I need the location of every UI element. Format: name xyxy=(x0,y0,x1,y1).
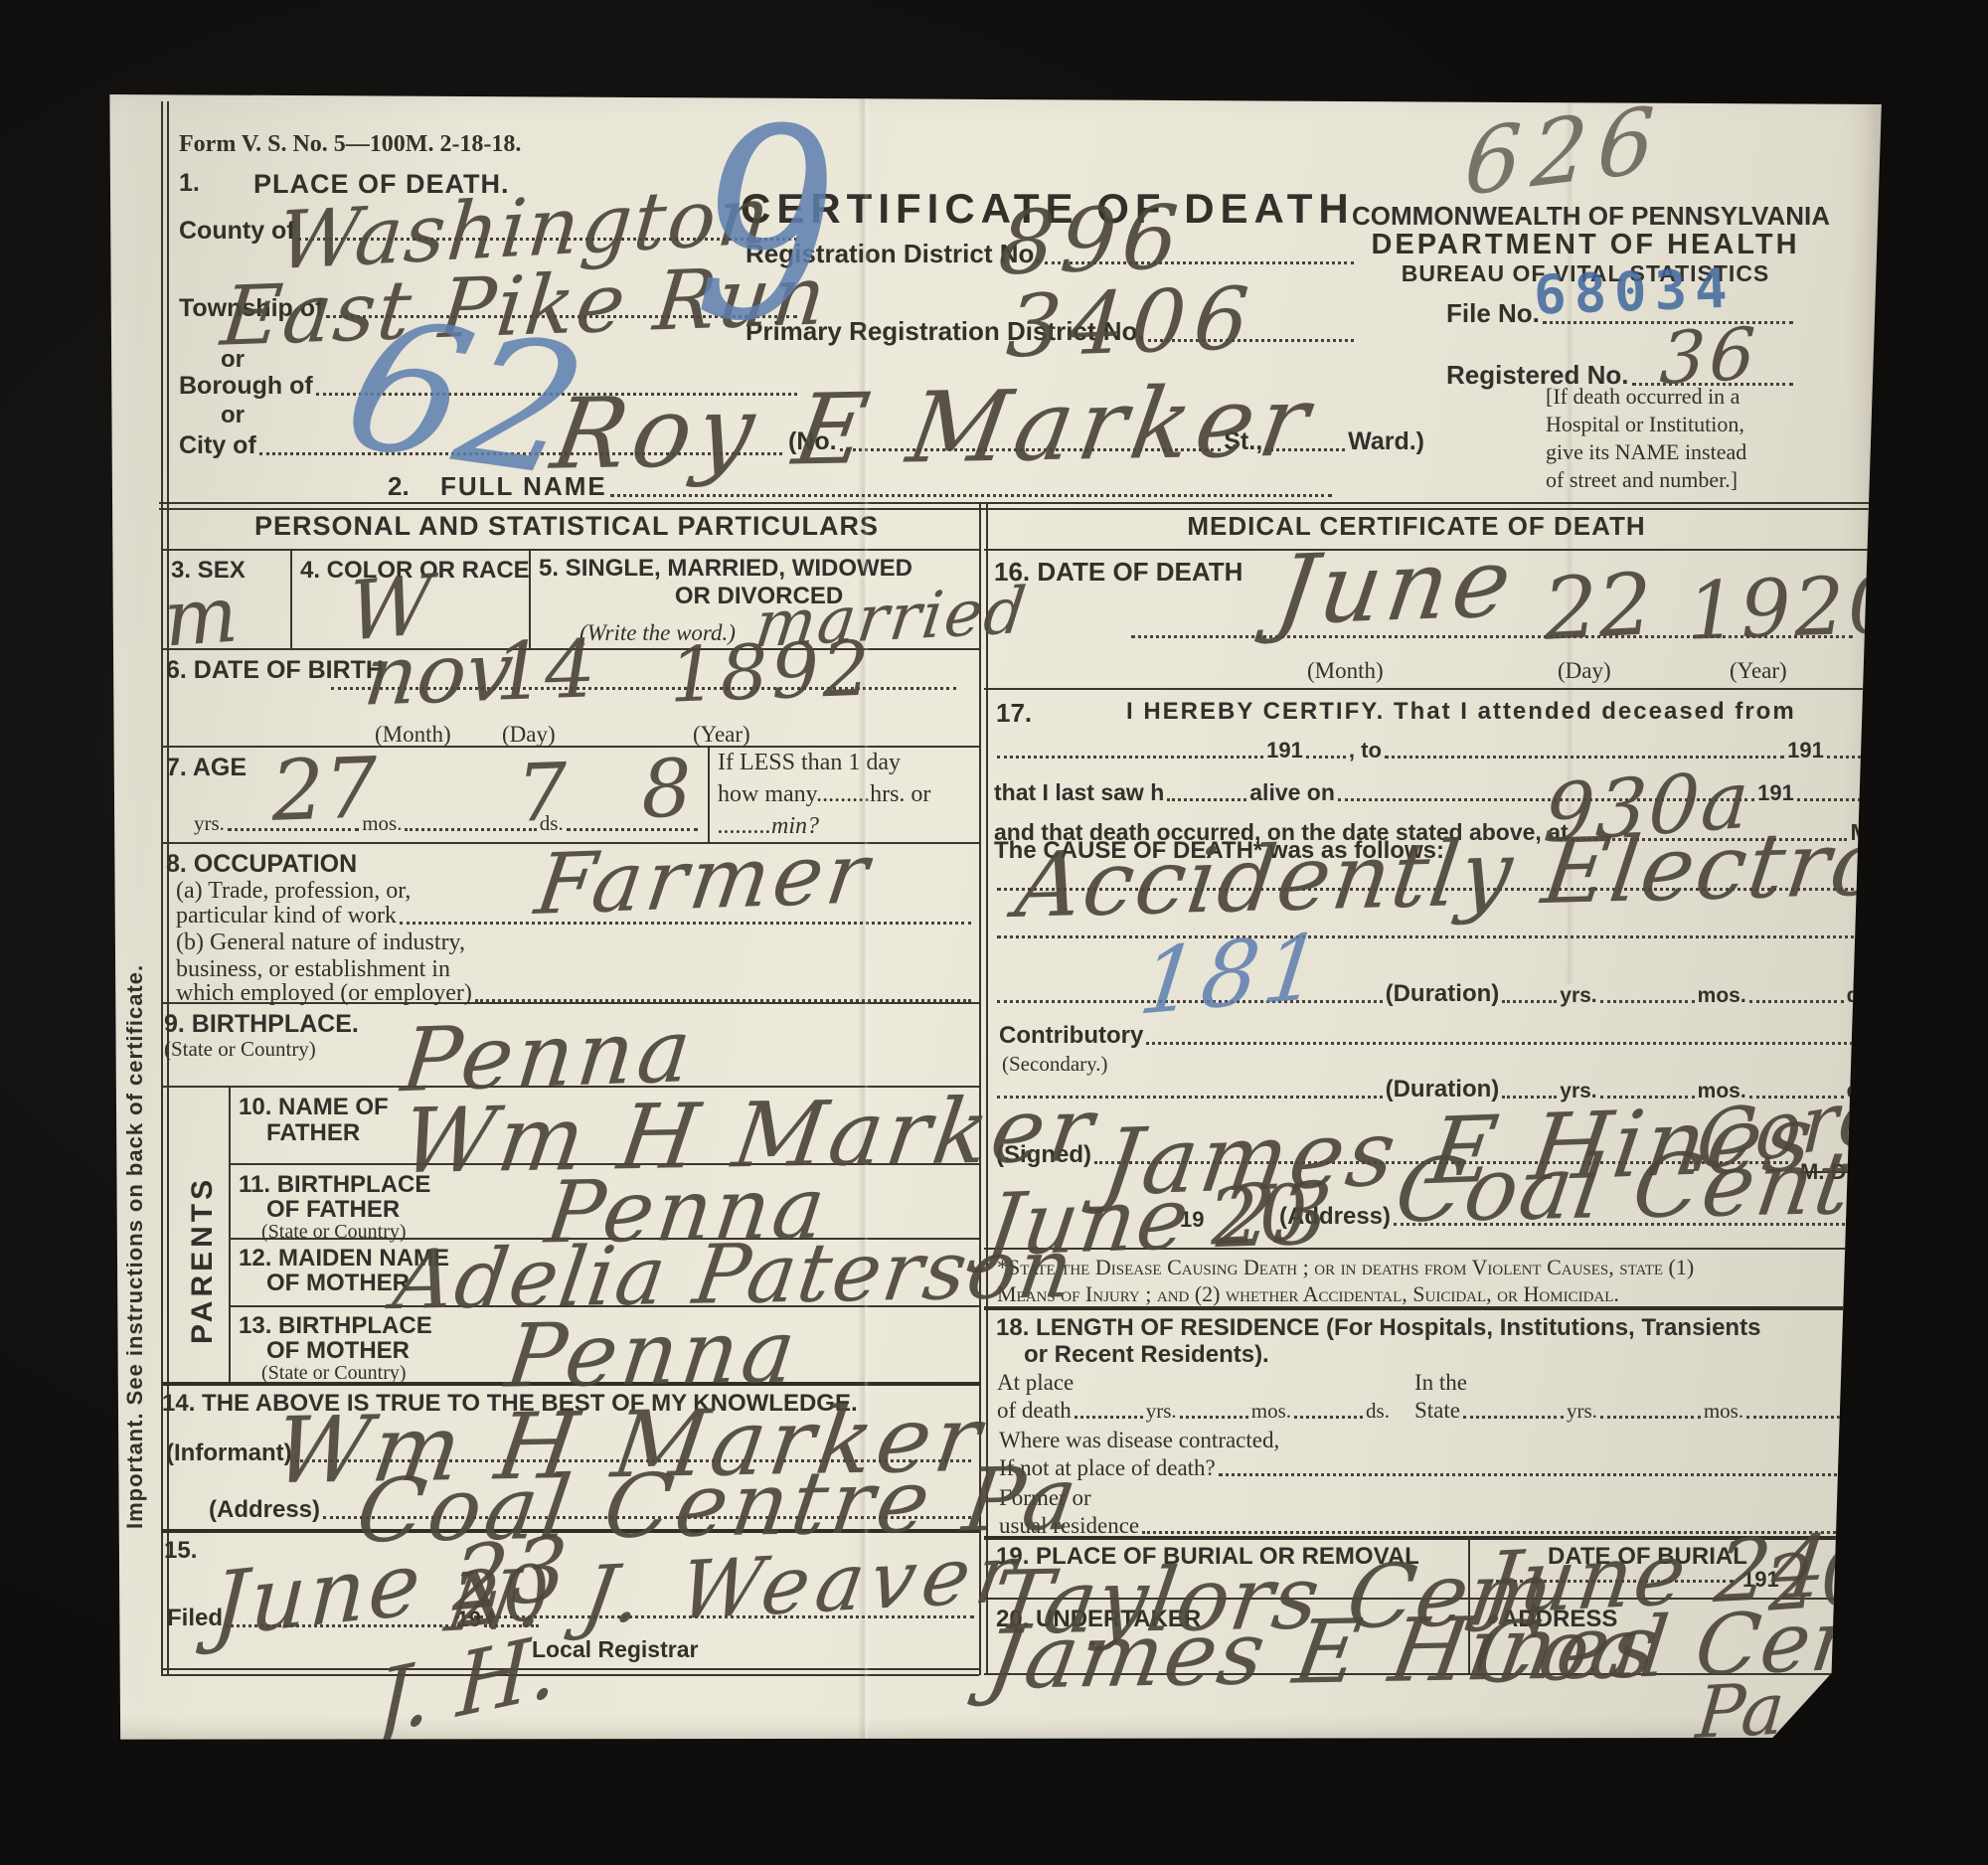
date-of-death-label: 16. DATE OF DEATH xyxy=(994,557,1242,588)
file-number-stamp: 68034 xyxy=(1533,256,1737,326)
duration1-line-b xyxy=(1600,999,1695,1003)
department-line: DEPARTMENT OF HEALTH xyxy=(1352,229,1819,261)
duration1-mos: mos. xyxy=(1698,984,1746,1008)
in-the-label: In the xyxy=(1414,1370,1467,1396)
attended-from-line xyxy=(997,755,1263,759)
duration1-label: (Duration) xyxy=(1386,980,1500,1008)
age-subbox-divider xyxy=(708,746,710,842)
death-month-label: (Month) xyxy=(1307,658,1384,684)
occupation-b-line3: which employed (or employer) xyxy=(176,980,472,1007)
last-saw-191: 191 xyxy=(1757,780,1794,806)
res-ds-line-l xyxy=(1294,1415,1363,1419)
residence-at-place-row: of death yrs. mos. ds. xyxy=(997,1398,1390,1424)
disease-contracted-line xyxy=(1219,1472,1869,1476)
name-divider-rule-2 xyxy=(159,508,1872,510)
attended-to-label: , to xyxy=(1349,738,1382,763)
death-day-label: (Day) xyxy=(1558,658,1611,684)
dob-month-label: (Month) xyxy=(375,722,451,748)
death-day-handwriting: 22 xyxy=(1542,562,1655,653)
blue-code-181: 181 xyxy=(1135,922,1331,1029)
borough-label: Borough of xyxy=(179,372,313,401)
sex-race-divider xyxy=(290,549,292,648)
occupation-a-line1: (a) Trade, profession, or, xyxy=(176,878,411,905)
death-year-label: (Year) xyxy=(1730,658,1787,684)
dob-year-handwriting: 1892 xyxy=(668,630,875,713)
personal-section-title: PERSONAL AND STATISTICAL PARTICULARS xyxy=(199,511,934,542)
full-name-value-handwriting: Roy E Marker xyxy=(546,373,1320,484)
certify-statement: I HEREBY CERTIFY. That I attended deceas… xyxy=(1126,698,1796,726)
left-bottom-rule-2 xyxy=(161,1674,979,1676)
blue-crayon-sixtytwo: 62 xyxy=(330,296,599,502)
item-1-number: 1. xyxy=(179,169,200,198)
contributory-row: Contributory xyxy=(999,1022,1874,1050)
commonwealth-line: COMMONWEALTH OF PENNSYLVANIA xyxy=(1352,201,1819,232)
footnote-line2: Means of Injury ; and (2) whether Accide… xyxy=(997,1281,1619,1307)
left-border-rule-inner xyxy=(167,101,169,1674)
sign-year-handwriting: 20 xyxy=(1208,1174,1310,1257)
photo-background: Important. See instructions on back of c… xyxy=(0,0,1988,1865)
marital-label-line1: 5. SINGLE, MARRIED, WIDOWED xyxy=(539,555,912,583)
duration1-yrs: yrs. xyxy=(1560,984,1596,1008)
alive-on-label: alive on xyxy=(1249,779,1335,806)
last-saw-line1 xyxy=(1167,797,1246,801)
res-yrs-line-r xyxy=(1463,1415,1564,1419)
ward-label: Ward.) xyxy=(1348,427,1424,456)
attended-191a: 191 xyxy=(1266,738,1303,763)
res-mos-l: mos. xyxy=(1251,1399,1291,1424)
attended-191a-line xyxy=(1306,755,1346,759)
mother-birthplace-label2: OF MOTHER xyxy=(266,1337,410,1365)
parents-inner-divider xyxy=(229,1086,231,1382)
disease-contracted-row: If not at place of death? xyxy=(999,1455,1872,1481)
residence-label-line1: 18. LENGTH OF RESIDENCE (For Hospitals, … xyxy=(996,1314,1760,1342)
father-birthplace-sublabel: (State or Country) xyxy=(261,1221,407,1244)
file-no-label: File No. xyxy=(1446,298,1540,329)
item-17-number: 17. xyxy=(996,698,1032,729)
hospital-note-line3: give its NAME instead xyxy=(1546,439,1746,465)
father-name-label2: FATHER xyxy=(266,1119,360,1147)
sign-address-handwriting: Coal Centre Pa xyxy=(1391,1135,1988,1235)
duration1-line-a xyxy=(1502,999,1557,1003)
occupation-a-line2: particular kind of work xyxy=(176,903,397,930)
less-than-day-line1: If LESS than 1 day xyxy=(718,750,901,776)
occupation-value-handwriting: Farmer xyxy=(531,831,877,927)
secondary-label: (Secondary.) xyxy=(1002,1052,1108,1077)
duration-row-1: (Duration) yrs. mos. ds. xyxy=(994,980,1877,1008)
death-month-handwriting: June xyxy=(1270,535,1521,639)
occupation-b-line xyxy=(475,998,971,1002)
res-yrs-l: yrs. xyxy=(1146,1399,1177,1424)
age-mos-line xyxy=(405,827,536,831)
left-rule-1 xyxy=(161,549,979,551)
contributory-label: Contributory xyxy=(999,1022,1143,1050)
cause-line-row-2 xyxy=(994,934,1877,943)
res-mos-r: mos. xyxy=(1704,1399,1743,1424)
attended-comma: , xyxy=(1870,738,1876,763)
res-ds-line-r xyxy=(1746,1415,1847,1419)
left-bottom-rule-1 xyxy=(161,1668,979,1670)
primary-registration-value: 3406 xyxy=(1004,275,1259,370)
res-yrs-r: yrs. xyxy=(1567,1399,1597,1424)
parents-vertical-label: PARENTS xyxy=(186,1176,220,1344)
age-ds-value: 8 xyxy=(640,749,694,830)
name-divider-rule-1 xyxy=(159,502,1872,504)
attended-191b: 191 xyxy=(1787,738,1824,763)
cause-of-death-handwriting: Accidently Electrocuted xyxy=(1011,812,1988,932)
state-label: State xyxy=(1414,1398,1460,1424)
dob-day-handwriting: 14 xyxy=(493,629,597,713)
county-label: County of xyxy=(179,217,295,246)
occupation-b-line2: business, or establishment in xyxy=(176,956,450,983)
duration1-line-c xyxy=(1749,999,1844,1003)
residence-label-line2: or Recent Residents). xyxy=(1024,1341,1269,1369)
dob-day-label: (Day) xyxy=(502,722,556,748)
of-death-label: of death xyxy=(997,1398,1072,1424)
res-ds-l: ds. xyxy=(1366,1399,1390,1424)
attended-191b-line xyxy=(1827,755,1867,759)
right-rule-2 xyxy=(984,688,1877,690)
res-ds-r: ds. xyxy=(1850,1399,1874,1424)
city-label: City of xyxy=(179,431,256,460)
res-yrs-line-l xyxy=(1075,1415,1143,1419)
item-15-number: 15. xyxy=(164,1537,197,1565)
hospital-note-line2: Hospital or Institution, xyxy=(1546,412,1744,437)
last-saw-line2 xyxy=(1797,797,1867,801)
undertaker-address-state: Pa. xyxy=(1694,1671,1810,1749)
dob-year-label: (Year) xyxy=(693,722,750,748)
birthplace-label: 9. BIRTHPLACE. xyxy=(164,1010,359,1039)
less-than-day-line2: how many.........hrs. or xyxy=(718,781,930,808)
residence-in-state-row: State yrs. mos. ds. xyxy=(1414,1398,1874,1424)
sex-value-handwriting: m xyxy=(161,577,240,659)
birthplace-sublabel: (State or Country) xyxy=(164,1037,316,1062)
father-name-label1: 10. NAME OF xyxy=(239,1094,389,1121)
form-number: Form V. S. No. 5—100M. 2-18-18. xyxy=(179,131,521,158)
contributory-line xyxy=(1146,1041,1871,1045)
full-name-line xyxy=(610,493,1332,497)
duration2-ds: ds. xyxy=(1847,1080,1877,1103)
pencil-number-626: 626 xyxy=(1462,94,1666,210)
registrar-scrawl: J. H. xyxy=(375,1621,558,1748)
left-border-rule-outer xyxy=(161,101,163,1674)
occupation-label: 8. OCCUPATION xyxy=(166,850,357,879)
death-year-handwriting: 1920 xyxy=(1686,565,1903,651)
mother-birthplace-sublabel: (State or Country) xyxy=(261,1362,407,1385)
mother-name-label2: OF MOTHER xyxy=(266,1270,410,1297)
registered-no-value: 36 xyxy=(1658,317,1760,395)
res-mos-line-r xyxy=(1600,1415,1701,1419)
mother-birthplace-value: Penna xyxy=(502,1307,804,1400)
res-mos-line-l xyxy=(1180,1415,1248,1419)
age-yrs-label: yrs. xyxy=(194,811,225,836)
or-label-2: or xyxy=(221,402,245,429)
blue-crayon-nine: 9 xyxy=(692,86,842,365)
at-place-label: At place xyxy=(997,1370,1074,1396)
age-label: 7. AGE xyxy=(166,754,247,782)
age-yrs-value: 27 xyxy=(270,746,380,833)
father-birthplace-label2: OF FATHER xyxy=(266,1196,400,1224)
margin-instructions-note: Important. See instructions on back of c… xyxy=(122,964,148,1529)
death-certificate-document: Important. See instructions on back of c… xyxy=(104,89,1889,1748)
age-mos-value: 7 xyxy=(516,753,570,834)
hospital-note-line4: of street and number.] xyxy=(1546,467,1738,493)
last-saw-label: that I last saw h xyxy=(994,779,1164,806)
occupation-b-line1: (b) General nature of industry, xyxy=(176,930,465,956)
duration1-ds: ds. xyxy=(1847,984,1877,1008)
last-saw-comma: , xyxy=(1870,780,1876,806)
